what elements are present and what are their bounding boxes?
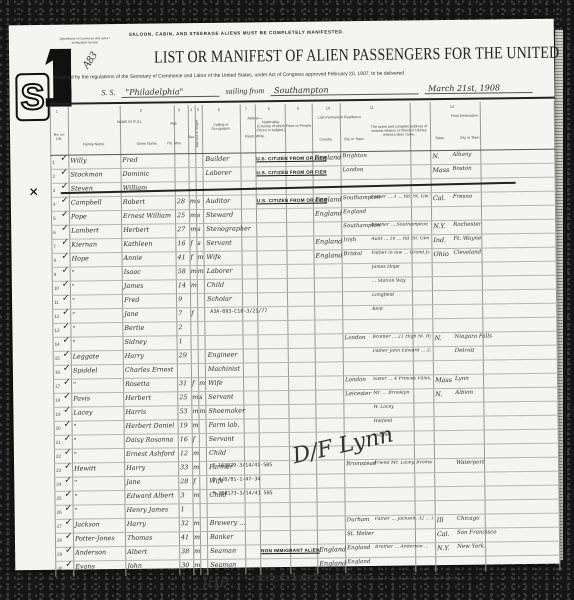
cell-sex: f [191, 309, 193, 317]
record-annotation: 7-168173-3/14/41 505 [212, 490, 272, 497]
cell-family: " [73, 339, 76, 347]
cell-family: " [72, 325, 75, 333]
cell-family: " [72, 283, 75, 291]
cell-family: " [74, 479, 77, 487]
cell-age: 58 [178, 267, 186, 275]
cell-family: " [73, 381, 76, 389]
cell-no: 27 [57, 524, 62, 529]
cell-sex: m [194, 519, 200, 527]
cell-age: 28 [180, 477, 188, 485]
cell-sex: m [191, 281, 197, 289]
cell-given: Albert [127, 548, 147, 556]
cell-status: s [197, 197, 200, 205]
regulation-line: Required by the regulations of the Secre… [53, 69, 553, 81]
checkmark-icon: ✓ [65, 532, 73, 542]
cell-family: Evans [75, 562, 95, 570]
status-stamp: U.S. CITIZEN FROM OR FIER [256, 155, 326, 161]
cell-occupation: Banker [210, 533, 233, 541]
cell-occupation: Wife [208, 379, 223, 387]
cell-no: 18 [55, 398, 60, 403]
cell-occupation: Servant [206, 239, 231, 247]
column-number: 12 [450, 104, 455, 109]
cell-relative: Father ... Jackson, 32 ... Rd. ... Durha… [375, 516, 433, 522]
header-state: State. [430, 136, 450, 140]
checkmark-icon: ✓ [61, 224, 69, 234]
cell-age: 53 [179, 407, 187, 415]
checkmark-icon: ✓ [63, 392, 71, 402]
checkmark-icon: ✓ [63, 364, 71, 374]
sailing-from-label: sailing from [225, 86, 264, 95]
cell-status: m [198, 267, 204, 275]
checkmark-icon: ✓ [61, 210, 69, 220]
cell-age: 3 [180, 491, 184, 499]
cell-state: N. [434, 334, 441, 342]
cell-relative: Brother ... Southampton [371, 222, 428, 228]
checkmark-icon: ✓ [61, 252, 69, 262]
cell-status: s [197, 239, 200, 247]
cell-given: Dominic [122, 170, 149, 178]
cell-no: 16 [55, 370, 60, 375]
column-number: 6 [218, 107, 220, 112]
cell-occupation: Scholar [207, 295, 232, 303]
cell-given: Harry [125, 352, 144, 360]
cell-dest: Lynn [455, 376, 469, 382]
checkmark-icon: ✓ [61, 196, 69, 206]
cell-no: 28 [57, 538, 62, 543]
cell-no: 12 [54, 314, 59, 319]
cell-family: " [72, 311, 75, 319]
cell-country: England [315, 237, 342, 245]
cell-no: 1 [52, 160, 55, 165]
cell-no: 3 [53, 188, 56, 193]
cell-family: " [74, 493, 77, 501]
checkmark-icon: ✓ [63, 406, 71, 416]
cell-occupation: Wife [206, 253, 221, 261]
cell-relative: ... Station Way [372, 279, 406, 284]
cell-age: 33 [180, 463, 188, 471]
cell-occupation: Stenographer [206, 224, 251, 233]
cell-state: Ill [437, 516, 444, 524]
cell-no: 11 [54, 300, 59, 305]
cell-age: 25 [179, 393, 187, 401]
cell-state: N. [432, 152, 439, 160]
header-name-in-full: NAME IN FULL. [90, 119, 170, 124]
cell-no: 25 [56, 496, 61, 501]
column-number: 4 [190, 107, 192, 112]
cell-status: s [197, 225, 200, 233]
cell-city: England [343, 209, 366, 215]
cell-given: Herbert Daniel [126, 421, 175, 430]
cell-dest: Boston [452, 166, 471, 172]
cell-family: Stockman [70, 170, 102, 178]
cell-dest: Cleveland [453, 250, 481, 256]
cell-occupation: Child [209, 449, 226, 457]
column-number: 8 [268, 106, 270, 111]
cell-family: Lacey [73, 408, 92, 416]
cell-no: 24 [56, 482, 61, 487]
cell-no: 6 [53, 230, 56, 235]
cell-given: James [124, 282, 144, 290]
header-city-town: City or Town. [340, 137, 368, 142]
cell-state: N. [435, 390, 442, 398]
cell-given: Robert [123, 198, 145, 206]
cell-age: 7 [178, 309, 182, 317]
cell-occupation: Engineer [208, 351, 238, 359]
cell-occupation: Servant [209, 435, 234, 443]
status-stamp: NON IMMIGRANT ALIEN [261, 548, 320, 554]
checkmark-icon: ✓ [62, 336, 70, 346]
cell-age: 1 [179, 337, 183, 345]
cell-city: London [345, 335, 366, 341]
cell-sex: m [193, 463, 199, 471]
header-race: Race or People. [286, 124, 312, 129]
cell-given: Edward Albert [126, 491, 173, 500]
cell-given: Isaac [124, 268, 141, 276]
cell-no: 7 [53, 244, 56, 249]
cell-given: Harris [125, 408, 146, 416]
cell-no: 17 [55, 384, 60, 389]
cell-no: 29 [57, 552, 62, 557]
cell-occupation: Laborer [205, 169, 231, 177]
header-calling-occupation: Calling or Occupation. [204, 123, 238, 132]
cell-occupation: Seaman [210, 547, 236, 555]
cell-relative: Longfield [372, 293, 394, 298]
cell-family: Spiddel [73, 366, 98, 374]
ss-label: S. S. [101, 88, 115, 97]
cell-age: 1 [181, 505, 185, 513]
cell-age: 32 [181, 519, 189, 527]
checkmark-icon: ✓ [64, 462, 72, 472]
cell-city: Brighton [342, 153, 367, 159]
cell-given: Harry [127, 520, 146, 528]
cell-status: s [199, 393, 202, 401]
cell-occupation: Seaman [210, 561, 236, 569]
cell-sex: m [190, 211, 196, 219]
cell-age: 30 [181, 561, 189, 569]
checkmark-icon: ✓ [62, 266, 70, 276]
cell-age: 41 [181, 533, 189, 541]
cell-occupation: Farm lab. [209, 421, 240, 429]
cell-status: s [197, 211, 200, 219]
column-number: 3 [178, 107, 180, 112]
cell-dest: Chicago [457, 516, 480, 522]
cell-no: 5 [53, 216, 56, 221]
cell-occupation: Laborer [207, 267, 233, 275]
header-nationality: Nationality. (Country of which citizen o… [256, 120, 286, 133]
cell-given: Sidney [125, 338, 147, 346]
cell-no: 20 [56, 426, 61, 431]
cell-dest: Ft. Wayne [453, 236, 481, 242]
cell-given: Thomas [127, 534, 152, 542]
cell-family: Pope [71, 212, 87, 220]
cell-no: 4 [53, 202, 56, 207]
column-number: 1 [56, 109, 58, 114]
cell-sex: f [190, 253, 192, 261]
checkmark-icon: ✓ [62, 294, 70, 304]
cell-dest: Detroit [455, 348, 475, 354]
cell-age: 29 [179, 351, 187, 359]
checkmark-icon: ✓ [62, 308, 70, 318]
cell-family: " [72, 297, 75, 305]
column-number: 11 [370, 105, 374, 110]
cell-state: Mass [432, 166, 449, 174]
cell-age: 19 [180, 421, 188, 429]
cell-sex: m [194, 561, 200, 569]
cell-sex: m [193, 491, 199, 499]
header-nearest-relative: The name and complete address of nearest… [368, 124, 430, 137]
cell-age: 38 [181, 547, 189, 555]
checkmark-icon: ✓ [61, 238, 69, 248]
cell-city: London [342, 167, 363, 173]
cell-age: 31 [179, 379, 187, 387]
cell-given: Daisy Rosanna [126, 435, 174, 444]
cell-age: 28 [177, 197, 185, 205]
cell-age: 25 [177, 211, 185, 219]
cell-given: Annie [123, 254, 142, 262]
cell-no: 23 [56, 468, 61, 473]
checkmark-icon: ✓ [65, 504, 73, 514]
cell-age: 12 [180, 449, 188, 457]
cell-relative: Aunt ... 18 ... Rd. St. George Southampt… [371, 236, 429, 242]
cell-family: " [74, 423, 77, 431]
checkmark-icon: ✓ [64, 434, 72, 444]
header-read-write: Read. Write. [240, 134, 270, 139]
cell-no: 26 [57, 510, 62, 515]
cell-sex: f [190, 239, 192, 247]
cell-age: 27 [177, 225, 185, 233]
status-stamp: U.S. CITIZEN FROM OR FIER [257, 197, 327, 203]
cell-family: Pavis [73, 394, 90, 402]
header-no-on-list: No. on List. [50, 133, 68, 142]
list-letter-s: S [15, 73, 50, 121]
cell-no: 10 [54, 286, 59, 291]
record-annotation: 3 4/8/81-1-47-34 [212, 476, 260, 483]
header-married-single: Married or Single. [195, 119, 202, 147]
cell-given: Bertie [124, 324, 144, 332]
cell-given: Jane [124, 310, 138, 318]
passenger-table: 1 2 3 4 5 6 7 8 9 10 11 12 No. on List. … [50, 101, 561, 577]
cell-given: Herbert [125, 394, 151, 402]
checkmark-icon: ✓ [64, 490, 72, 500]
cell-given: Fred [122, 156, 137, 164]
cell-country: England [319, 559, 346, 567]
cell-family: Lambert [71, 226, 99, 234]
cell-status: m [199, 407, 205, 415]
voyage-line: S. S. "Philadelphia" sailing from Southa… [101, 83, 551, 98]
cell-no: 22 [56, 454, 61, 459]
cell-family: " [72, 269, 75, 277]
header-sex: Sex. [188, 135, 195, 139]
checkmark-icon: ✓ [65, 518, 73, 528]
cell-city: England [347, 559, 370, 565]
cell-family: " [74, 437, 77, 445]
header-country: Country. [312, 137, 340, 142]
manifest-page: Department of Commerce and Labor / Immig… [9, 19, 561, 571]
cell-age: 16 [180, 435, 188, 443]
cell-city: Leicester [345, 391, 371, 397]
status-stamp: U.S. CITIZEN FROM OR FIER [256, 169, 326, 175]
header-age: Age. [160, 121, 188, 126]
header-final-destination: Final Destination. [430, 113, 500, 118]
cell-city: St. Helier [347, 531, 374, 537]
header-yrs-mos: Yrs. Mos. [160, 141, 188, 146]
cell-family: Anderson [75, 548, 106, 556]
checkmark-icon: ✓ [61, 182, 69, 192]
record-annotation: A3A-693-C10-3/21/77 [210, 308, 267, 315]
cell-no: 13 [54, 328, 59, 333]
header-last-residence: Last Permanent Residence. [312, 115, 368, 120]
cell-family: " [74, 451, 77, 459]
cell-relative: W. Lacey [373, 405, 394, 410]
cell-no: 19 [55, 412, 60, 417]
cell-relative: Sister ... 4 Princes Villas, ... [373, 376, 431, 382]
cell-given: Ernest Ashford [126, 449, 175, 458]
checkmark-icon: ✓ [62, 322, 70, 332]
cell-occupation: Servant [208, 393, 233, 401]
header-dest-city: City or Town. [450, 135, 490, 140]
cell-given: Rosetta [125, 380, 150, 388]
cell-city: Bromstead [346, 461, 376, 467]
cell-relative: Brother ... 21 High St. Ryde ... London [373, 334, 431, 340]
column-number: 2 [140, 108, 142, 113]
cell-state: Mass [435, 376, 452, 384]
departure-port: Southampton [270, 84, 418, 96]
checkmark-icon: ✓ [65, 546, 73, 556]
cell-sex: m [194, 533, 200, 541]
cell-city: Bristol [343, 251, 362, 257]
header-family-name: Family Name. [68, 142, 120, 147]
cell-sex: f [192, 379, 194, 387]
cell-given: Ernest William [123, 211, 171, 220]
cell-dest: San Francisco [457, 529, 497, 535]
cell-dest: Fresno [453, 194, 472, 200]
cell-no: 9 [54, 272, 57, 277]
cell-relative: Mr. ... Brooklyn [373, 390, 409, 395]
cell-city: Irish [343, 237, 356, 243]
cell-relative: Father ... 3 ... Rd. St. George, Southam… [371, 194, 429, 200]
cell-country: England [315, 209, 342, 217]
cell-age: 16 [177, 239, 185, 247]
cell-occupation: Machinist [208, 365, 240, 373]
cell-dest: Rochester [453, 222, 481, 228]
cell-given: John [127, 562, 142, 570]
cell-sex: m [190, 225, 196, 233]
record-annotation: 7-163029-3/14/41-505 [212, 462, 272, 469]
cell-no: 14 [55, 342, 60, 347]
checkmark-icon: ✓ [62, 280, 70, 290]
cell-occupation: Auditor [206, 197, 230, 205]
cell-city: London [345, 377, 366, 383]
cell-family: Jackson [75, 520, 100, 528]
cell-sex: f [193, 477, 195, 485]
cell-given: William [123, 184, 148, 192]
checkmark-icon: ✓ [63, 350, 71, 360]
cell-sex: m [193, 449, 199, 457]
cell-age: 41 [177, 253, 185, 261]
cell-family: Hope [71, 254, 88, 262]
cell-sex: m [190, 197, 196, 205]
column-number: 9 [297, 106, 299, 111]
cell-age: 9 [178, 295, 182, 303]
manifest-instruction: SALOON, CABIN, AND STEERAGE ALIENS MUST … [129, 28, 449, 37]
cell-occupation: Child [207, 281, 224, 289]
cell-country: England [319, 545, 346, 553]
cell-state: N.Y. [433, 222, 446, 230]
cell-no: 30 [57, 566, 62, 571]
cell-given: Henry James [127, 505, 169, 514]
cell-given: Kathleen [123, 240, 152, 248]
cell-no: 15 [55, 356, 60, 361]
cell-no: 8 [54, 258, 57, 263]
checkmark-icon: ✓ [64, 420, 72, 430]
page-title: LIST OR MANIFEST OF ALIEN PASSENGERS FOR… [154, 44, 474, 68]
cell-sex: m [192, 393, 198, 401]
cell-city: England [347, 545, 370, 551]
handwritten-list-number: A83 [80, 50, 100, 71]
cell-dest: Niagara Falls [454, 333, 491, 339]
department-note: Department of Commerce and Labor / Immig… [55, 36, 115, 45]
cell-state: Cal. [433, 194, 446, 202]
cell-family: Leggate [73, 352, 99, 360]
bottom-scrawl: JHP [201, 575, 228, 591]
cell-city: Durham [347, 517, 370, 523]
cell-family: Kiernan [71, 240, 97, 248]
checkmark-icon: ✓ [65, 560, 73, 570]
checkmark-icon: ✓ [63, 378, 71, 388]
cell-state: Cal. [437, 530, 450, 538]
cell-status: m [199, 379, 205, 387]
cell-no: 2 [53, 174, 56, 179]
cell-given: Harry [126, 464, 145, 472]
cell-given: Herbert [123, 226, 149, 234]
cell-age: 2 [178, 323, 182, 331]
cell-relative: Father John Edward ... 22 ... Rd. ... Lo… [373, 348, 431, 354]
cell-occupation: Shoemaker [208, 406, 245, 414]
column-number: 5 [197, 107, 199, 112]
cell-sex: f [193, 435, 195, 443]
cell-dest: Waterport [456, 460, 484, 466]
cell-family: Willy [70, 156, 86, 164]
cell-family: Hewitt [74, 464, 96, 472]
column-number: 7 [245, 106, 247, 111]
cell-dest: Albany [452, 152, 471, 158]
ship-name: "Philadelphia" [121, 87, 219, 98]
sailing-date: March 21st, 1908 [424, 83, 532, 94]
cell-family: Potter-Jones [75, 534, 115, 542]
cell-relative: Kent [372, 307, 383, 312]
checkmark-icon: ✓ [60, 168, 68, 178]
cell-sex: m [194, 547, 200, 555]
cell-dest: Albion [455, 390, 473, 396]
cell-relative: Brother ... Anderson ... [375, 544, 428, 550]
cell-state: N.Y. [437, 544, 450, 552]
cell-occupation: Steward [206, 211, 233, 219]
cancel-x-icon: ✕ [29, 185, 39, 199]
cell-given: Charles Ernest [125, 365, 174, 374]
cell-family: Steven [71, 184, 93, 192]
cell-country: England [315, 251, 342, 259]
cell-given: Fred [124, 296, 139, 304]
cell-family: " [75, 507, 78, 515]
cell-status: m [197, 253, 203, 261]
cell-occupation: Brewery ... [210, 518, 246, 526]
cell-state: Ohio [433, 250, 448, 258]
cell-sex: m [193, 421, 199, 429]
column-number: 10 [326, 105, 331, 110]
checkmark-icon: ✓ [60, 154, 68, 164]
cell-occupation: Builder [205, 155, 229, 163]
cell-age: 14 [178, 281, 186, 289]
